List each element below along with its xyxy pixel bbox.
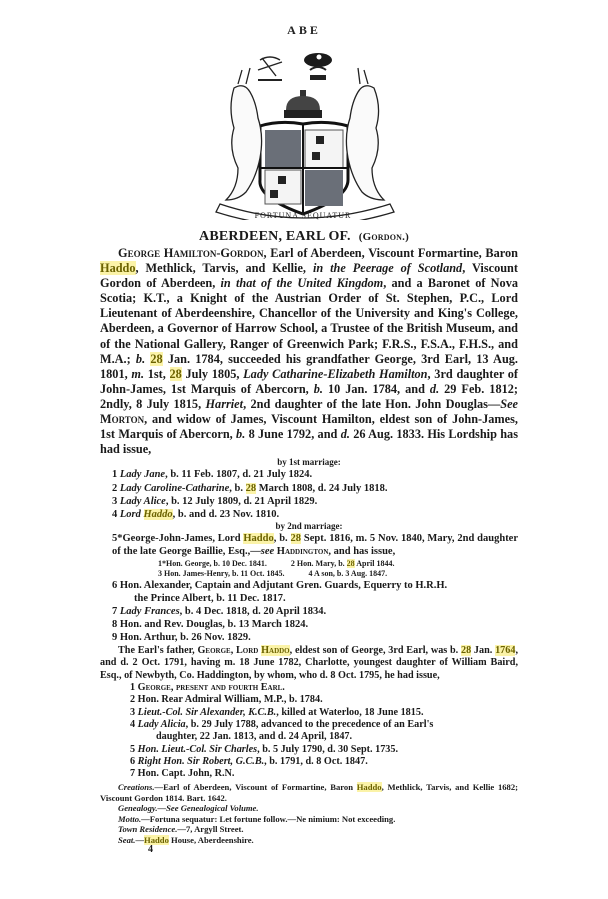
first-marriage-heading: by 1st marriage:	[100, 457, 518, 468]
second-marriage-heading: by 2nd marriage:	[100, 521, 518, 532]
search-highlight: 28	[246, 483, 257, 494]
list-item: 1 Lady Jane, b. 11 Feb. 1807, d. 21 July…	[100, 468, 518, 481]
search-highlight: 28	[291, 533, 302, 544]
grandchildren-row: 1*Hon. George, b. 10 Dec. 1841.2 Hon. Ma…	[100, 559, 518, 569]
list-item: 3 Lady Alice, b. 12 July 1809, d. 21 Apr…	[100, 495, 518, 508]
list-item: 5*George-John-James, Lord Haddo, b. 28 S…	[100, 532, 518, 558]
seat-line: Seat.—Haddo House, Aberdeenshire.	[100, 835, 518, 846]
list-item: 6 Right Hon. Sir Robert, G.C.B., b. 1791…	[100, 756, 518, 768]
page-number: 4	[100, 845, 518, 856]
grandchildren-row: 3 Hon. James-Henry, b. 11 Oct. 1845.4 A …	[100, 569, 518, 579]
search-highlight: 28	[170, 367, 182, 381]
coat-of-arms-illustration: FORTUNA SEQUATUR	[198, 48, 413, 220]
running-head: ABE	[0, 23, 608, 38]
list-item: 5 Hon. Lieut.-Col. Sir Charles, b. 5 Jul…	[100, 744, 518, 756]
search-highlight: Haddo	[100, 261, 136, 275]
father-issue-list: 1 George, present and fourth Earl. 2 Hon…	[100, 682, 518, 780]
second-marriage-list: 5*George-John-James, Lord Haddo, b. 28 S…	[100, 532, 518, 644]
title-main: ABERDEEN, EARL OF.	[199, 229, 351, 244]
coronet-icon	[284, 90, 322, 118]
search-highlight: Haddo	[144, 509, 173, 520]
search-highlight: 28	[150, 352, 162, 366]
list-item: 1 George, present and fourth Earl.	[100, 682, 518, 694]
search-highlight: Haddo	[261, 645, 290, 656]
entry-footer: Creations.—Earl of Aberdeen, Viscount of…	[100, 782, 518, 856]
search-highlight: Haddo	[144, 835, 169, 845]
search-highlight: 1764	[495, 645, 515, 656]
list-item: 9 Hon. Arthur, b. 26 Nov. 1829.	[100, 631, 518, 644]
first-marriage-list: 1 Lady Jane, b. 11 Feb. 1807, d. 21 July…	[100, 468, 518, 521]
list-item: 7 Hon. Capt. John, R.N.	[100, 768, 518, 780]
cap-crest-icon	[304, 53, 332, 80]
intro-paragraph: George Hamilton-Gordon, Earl of Aberdeen…	[100, 246, 518, 457]
search-highlight: Haddo	[357, 782, 382, 792]
father-paragraph: The Earl's father, George, Lord Haddo, e…	[100, 645, 518, 683]
search-highlight: 28	[461, 645, 471, 656]
bow-crest-icon	[258, 57, 282, 80]
list-item-continuation: the Prince Albert, b. 11 Dec. 1817.	[100, 592, 518, 605]
search-highlight: 28	[347, 559, 355, 568]
book-page: ABE	[0, 0, 608, 899]
town-residence-line: Town Residence.—7, Argyll Street.	[100, 824, 518, 835]
list-item: 4 Lord Haddo, b. and d. 23 Nov. 1810.	[100, 508, 518, 521]
genealogy-line: Genealogy.—See Genealogical Volume.	[100, 803, 518, 814]
list-item: 8 Hon. and Rev. Douglas, b. 13 March 182…	[100, 618, 518, 631]
list-item: 2 Hon. Rear Admiral William, M.P., b. 17…	[100, 694, 518, 706]
stag-supporter-left-icon	[226, 68, 262, 200]
list-item: 2 Lady Caroline-Catharine, b. 28 March 1…	[100, 482, 518, 495]
shield-icon	[260, 122, 348, 214]
svg-text:FORTUNA SEQUATUR: FORTUNA SEQUATUR	[255, 211, 352, 220]
entry-title: ABERDEEN, EARL OF.(Gordon.)	[0, 229, 608, 245]
list-item: 7 Lady Frances, b. 4 Dec. 1818, d. 20 Ap…	[100, 605, 518, 618]
entry-body: George Hamilton-Gordon, Earl of Aberdeen…	[100, 246, 518, 856]
list-item: 4 Lady Alicia, b. 29 July 1788, advanced…	[100, 719, 518, 731]
creations-line: Creations.—Earl of Aberdeen, Viscount of…	[100, 782, 518, 803]
list-item: 6 Hon. Alexander, Captain and Adjutant G…	[100, 579, 518, 592]
stag-supporter-right-icon	[346, 68, 384, 200]
family-name: (Gordon.)	[359, 231, 409, 243]
list-item-continuation: daughter, 22 Jan. 1813, and d. 24 April,…	[100, 731, 518, 743]
search-highlight: Haddo	[243, 533, 273, 544]
list-item: 3 Lieut.-Col. Sir Alexander, K.C.B., kil…	[100, 707, 518, 719]
motto-line: Motto.—Fortuna sequatur: Let fortune fol…	[100, 814, 518, 825]
